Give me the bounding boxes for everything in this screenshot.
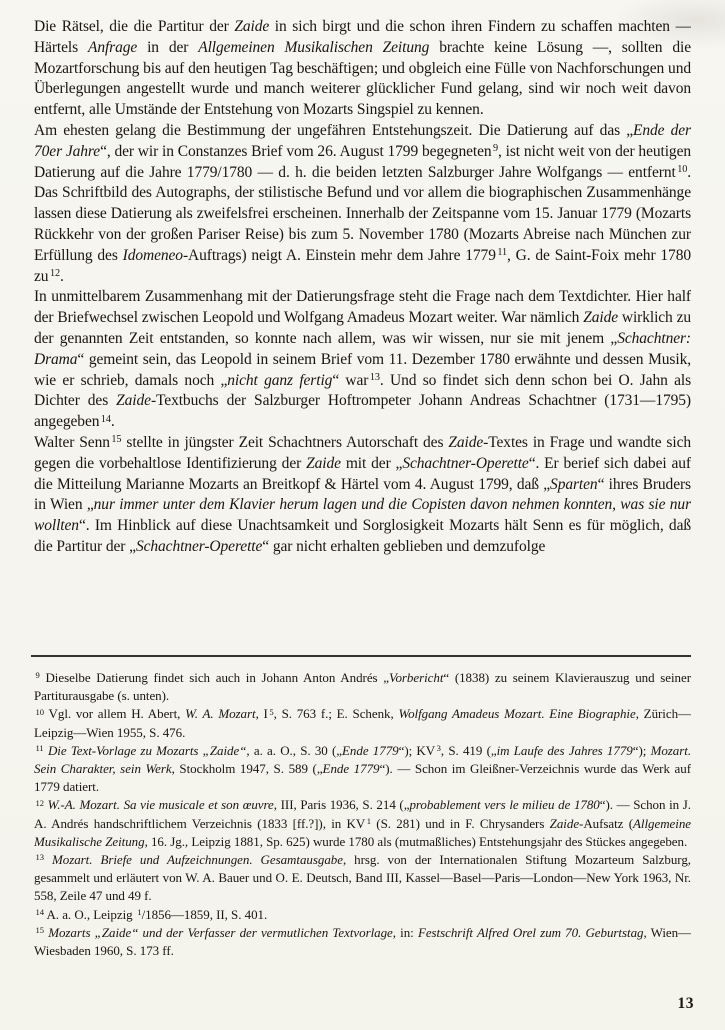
footnote-ref: 9 (34, 670, 40, 680)
italic-text-run: Zaide (448, 434, 483, 451)
text-run: “); KV (399, 743, 436, 758)
footnote-ref: 15 (110, 434, 122, 445)
italic-text-run: probablement vers le milieu de 1780 (409, 797, 599, 812)
text-run (44, 852, 52, 867)
text-run: Die Rätsel, die die Partitur der (34, 18, 234, 35)
text-run: , I (256, 706, 268, 721)
footnote: 13 Mozart. Briefe und Aufzeichnungen. Ge… (34, 851, 691, 906)
footnote: 15 Mozarts „Zaide“ und der Verfasser der… (34, 924, 691, 960)
text-run: . (111, 413, 115, 430)
footnote-ref: 13 (368, 372, 380, 383)
footnote: 10 Vgl. vor allem H. Abert, W. A. Mozart… (34, 705, 691, 741)
italic-text-run: Zaide (116, 392, 151, 409)
book-page: Die Rätsel, die die Partitur der Zaide i… (0, 0, 725, 1030)
footnote: 9 Dieselbe Datierung findet sich auch in… (34, 669, 691, 705)
footnote-ref: 13 (34, 852, 44, 862)
footnote-ref: 11 (34, 743, 44, 753)
text-run: , III, Paris 1936, S. 214 („ (274, 797, 410, 812)
footnote-ref: 9 (492, 143, 499, 154)
italic-text-run: W. A. Mozart (185, 706, 255, 721)
italic-text-run: Zaide (234, 18, 269, 35)
italic-text-run: Zaide (583, 309, 618, 326)
footnote-ref: 10 (34, 707, 44, 717)
footnote: 14 A. a. O., Leipzig 1/1856—1859, II, S.… (34, 906, 691, 924)
footnotes: 9 Dieselbe Datierung findet sich auch in… (34, 669, 691, 960)
italic-text-run: Schachtner-Operette (402, 455, 528, 472)
footnote-ref: 14 (99, 414, 111, 425)
text-run: , Stockholm 1947, S. 589 („ (172, 761, 323, 776)
text-run: Dieselbe Datierung findet sich auch in J… (40, 670, 389, 685)
footnote-ref: 1 (136, 907, 142, 917)
text-run: , S. 419 („ (441, 743, 497, 758)
body-paragraph: Am ehesten gelang die Bestimmung der ung… (34, 121, 691, 287)
footnote-ref: 15 (34, 925, 44, 935)
text-run: Vgl. vor allem H. Abert, (44, 706, 185, 721)
text-run: . (60, 268, 64, 285)
footnote-ref: 5 (268, 707, 274, 717)
italic-text-run: Ende 1779 (323, 761, 380, 776)
italic-text-run: Die Text-Vorlage zu Mozarts „Zaide“ (48, 743, 246, 758)
italic-text-run: Festschrift Alfred Orel zum 70. Geburtst… (418, 925, 644, 940)
text-run: /1856—1859, II, S. 401. (142, 907, 268, 922)
text-run: Am ehesten gelang die Bestimmung der ung… (34, 122, 633, 139)
italic-text-run: W.-A. Mozart. Sa vie musicale et son œuv… (48, 797, 274, 812)
footnote-ref: 3 (435, 743, 441, 753)
text-run: in der (137, 39, 198, 56)
text-run: , in: (393, 925, 418, 940)
italic-text-run: Idomeneo (123, 247, 183, 264)
footnote-ref: 12 (48, 268, 60, 279)
footnote-ref: 1 (365, 816, 371, 826)
text-run: “); (633, 743, 651, 758)
text-run: -Aufsatz ( (579, 816, 633, 831)
body-paragraph: Walter Senn15 stellte in jüngster Zeit S… (34, 433, 691, 558)
italic-text-run: im Laufe des Jahres 1779 (497, 743, 633, 758)
text-run: “ gar nicht erhalten geblieben und demzu… (262, 538, 545, 555)
footnote-separator (31, 655, 691, 657)
footnote-ref: 14 (34, 907, 44, 917)
footnote-ref: 12 (34, 798, 44, 808)
text-run: A. a. O., Leipzig (44, 907, 136, 922)
text-run: (S. 281) und in F. Chrysanders (371, 816, 550, 831)
italic-text-run: Zaide (550, 816, 579, 831)
footnote: 12 W.-A. Mozart. Sa vie musicale et son … (34, 796, 691, 851)
italic-text-run: Vorbericht (389, 670, 443, 685)
italic-text-run: Allgemeinen Musikalischen Zeitung (198, 39, 429, 56)
text-run: , S. 763 f.; E. Schenk, (274, 706, 399, 721)
text-run: mit der „ (341, 455, 402, 472)
italic-text-run: Mozart. Briefe und Aufzeichnungen. Gesam… (52, 852, 343, 867)
italic-text-run: Wolfgang Amadeus Mozart. Eine Biographie (398, 706, 635, 721)
text-run: “ war (332, 372, 368, 389)
italic-text-run: Anfrage (88, 39, 137, 56)
footnote: 11 Die Text-Vorlage zu Mozarts „Zaide“, … (34, 742, 691, 797)
page-number: 13 (678, 995, 695, 1013)
body-text: Die Rätsel, die die Partitur der Zaide i… (34, 17, 691, 558)
text-run: -Auftrags) neigt A. Einstein mehr dem Ja… (183, 247, 496, 264)
italic-text-run: Sparten (550, 476, 598, 493)
italic-text-run: Zaide (306, 455, 341, 472)
text-run: , a. a. O., S. 30 („ (246, 743, 342, 758)
text-run: , 16. Jg., Leipzig 1881, Sp. 625) wurde … (145, 834, 688, 849)
text-run: Walter Senn (34, 434, 110, 451)
text-run: stellte in jüngster Zeit Schachtners Aut… (121, 434, 448, 451)
footnote-ref: 10 (676, 164, 688, 175)
italic-text-run: Mozarts „Zaide“ und der Verfasser der ve… (48, 925, 393, 940)
italic-text-run: Ende 1779 (342, 743, 399, 758)
italic-text-run: Schachtner-Operette (136, 538, 262, 555)
footnote-ref: 11 (496, 247, 507, 258)
body-paragraph: In unmittelbarem Zusammenhang mit der Da… (34, 287, 691, 433)
text-run: “, der wir in Constanzes Brief vom 26. A… (100, 143, 491, 160)
italic-text-run: nicht ganz fertig (227, 372, 332, 389)
body-paragraph: Die Rätsel, die die Partitur der Zaide i… (34, 17, 691, 121)
